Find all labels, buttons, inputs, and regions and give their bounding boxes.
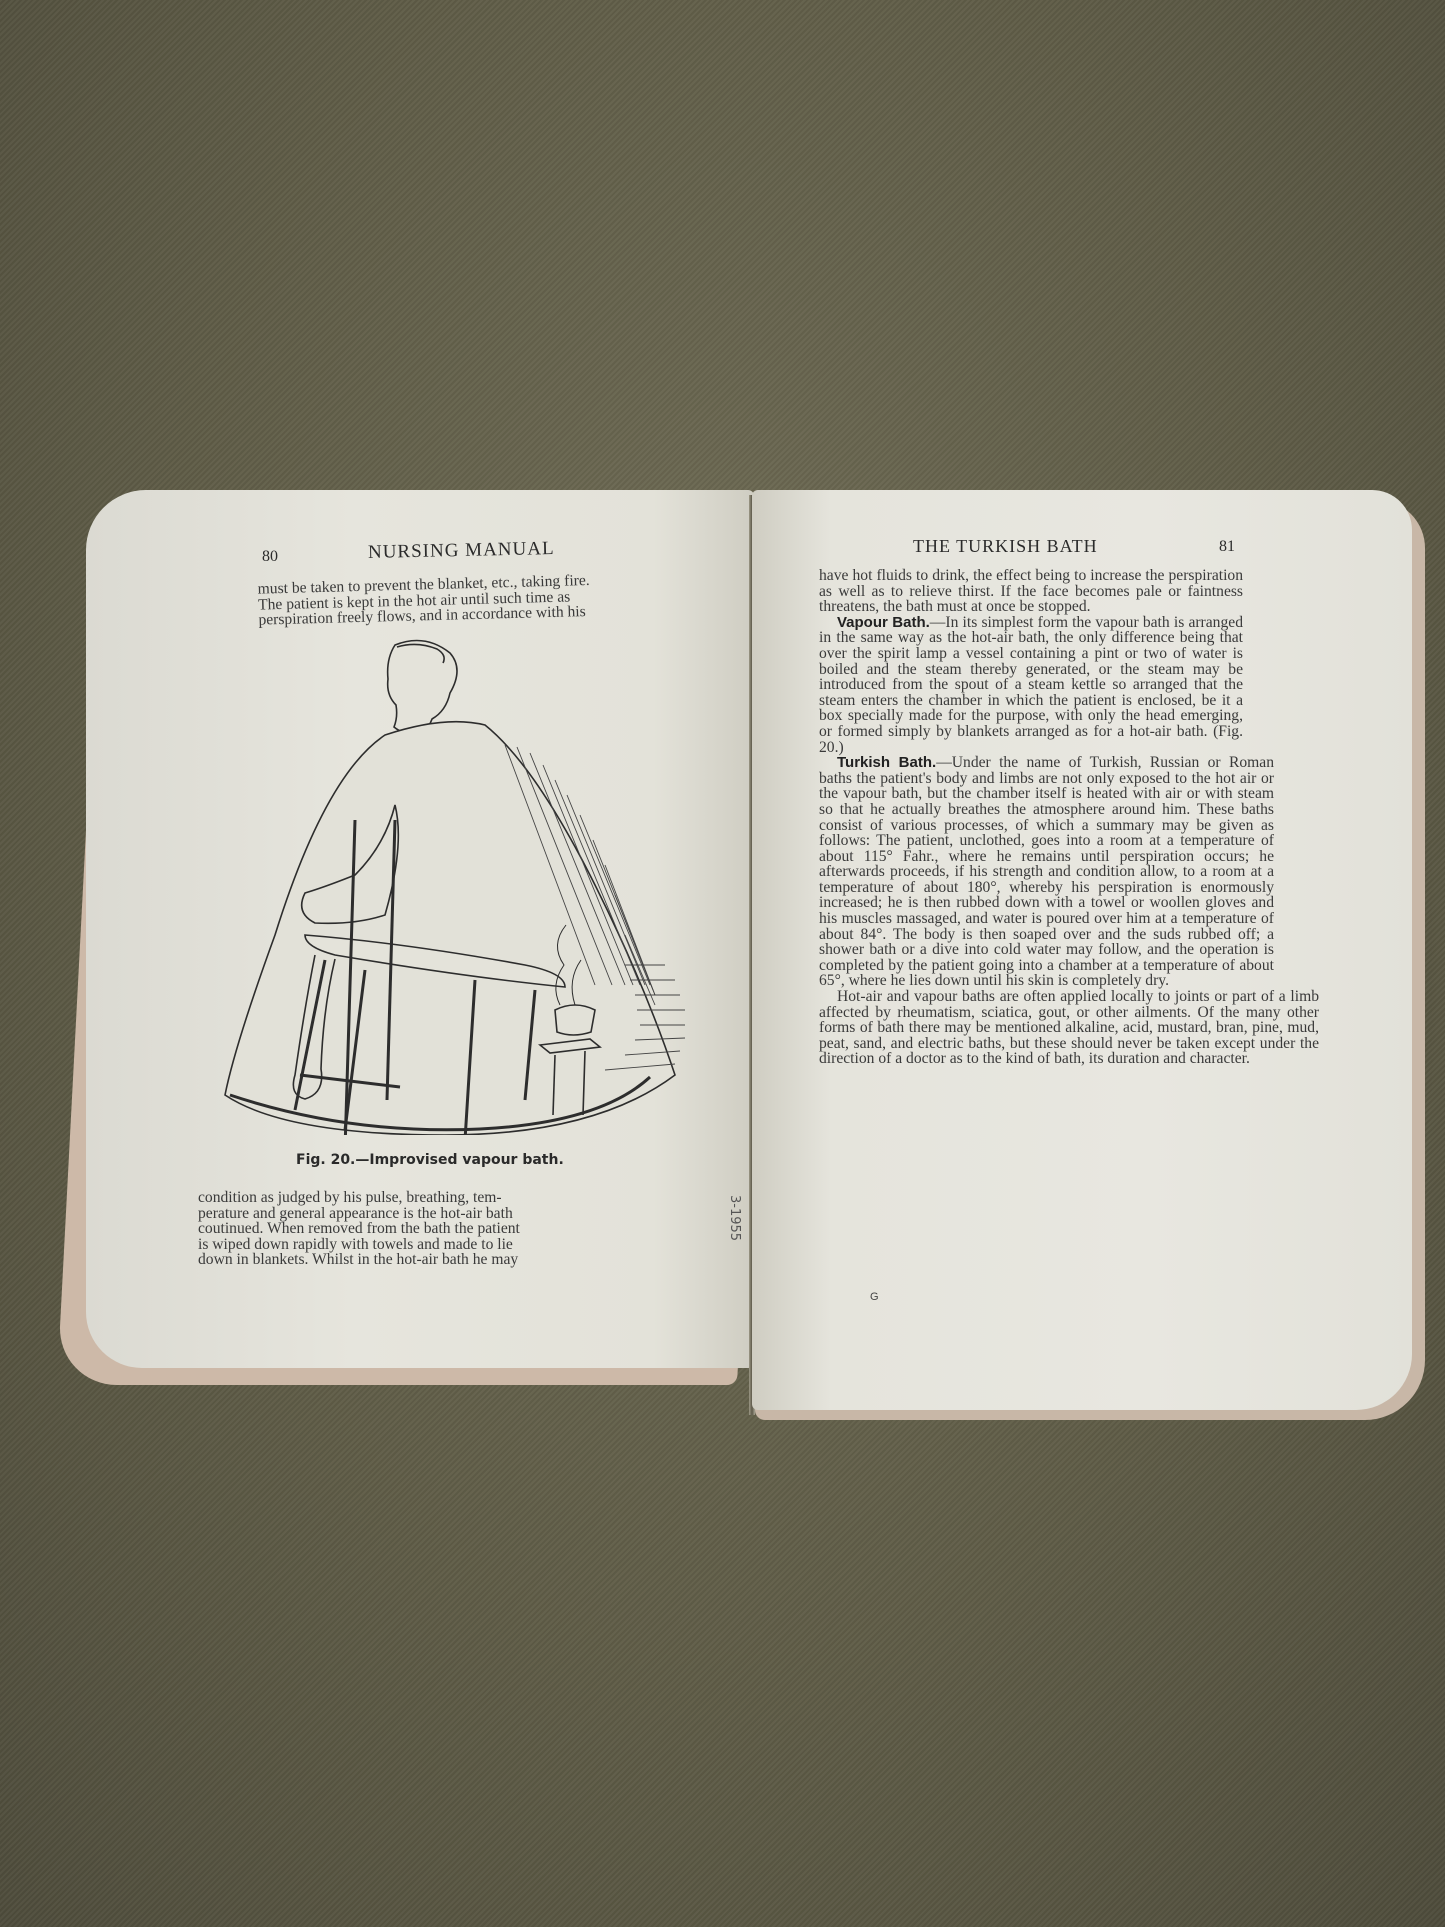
- paragraph-text: Hot-air and vapour baths are often appli…: [819, 988, 1319, 1067]
- text-line: condition as judged by his pulse, breath…: [198, 1190, 680, 1206]
- signature-mark: G: [870, 1291, 879, 1303]
- text-line: perature and general appearance is the h…: [198, 1206, 680, 1222]
- text-line: coutinued. When removed from the bath th…: [198, 1221, 680, 1237]
- paragraph-text: —In its simplest form the vapour bath is…: [819, 614, 1243, 756]
- right-page-number: 81: [1219, 538, 1235, 556]
- text-line: is wiped down rapidly with towels and ma…: [198, 1237, 680, 1253]
- left-running-head: NURSING MANUAL: [368, 538, 555, 564]
- right-running-head: THE TURKISH BATH: [913, 536, 1098, 557]
- paragraph-text: have hot fluids to drink, the effect bei…: [819, 567, 1243, 615]
- figure-caption: Fig. 20.—Improvised vapour bath.: [296, 1152, 564, 1168]
- left-bottom-text: condition as judged by his pulse, breath…: [198, 1190, 680, 1268]
- open-booklet: 80 NURSING MANUAL must be taken to preve…: [0, 0, 1445, 1927]
- vapour-bath-illustration: [205, 635, 695, 1135]
- left-page-number: 80: [262, 548, 278, 566]
- right-body-text: have hot fluids to drink, the effect bei…: [819, 568, 1243, 1067]
- paragraph: Hot-air and vapour baths are often appli…: [819, 989, 1319, 1067]
- paragraph: have hot fluids to drink, the effect bei…: [819, 568, 1243, 615]
- pencil-annotation: 3-1955: [727, 1195, 742, 1241]
- paragraph-vapour-bath: Vapour Bath.—In its simplest form the va…: [819, 615, 1243, 755]
- paragraph-text: —Under the name of Turkish, Russian or R…: [819, 754, 1274, 989]
- text-line: down in blankets. Whilst in the hot-air …: [198, 1252, 680, 1268]
- paragraph-turkish-bath: Turkish Bath.—Under the name of Turkish,…: [819, 755, 1274, 989]
- section-heading: Vapour Bath.: [837, 614, 930, 631]
- section-heading: Turkish Bath.: [837, 754, 936, 771]
